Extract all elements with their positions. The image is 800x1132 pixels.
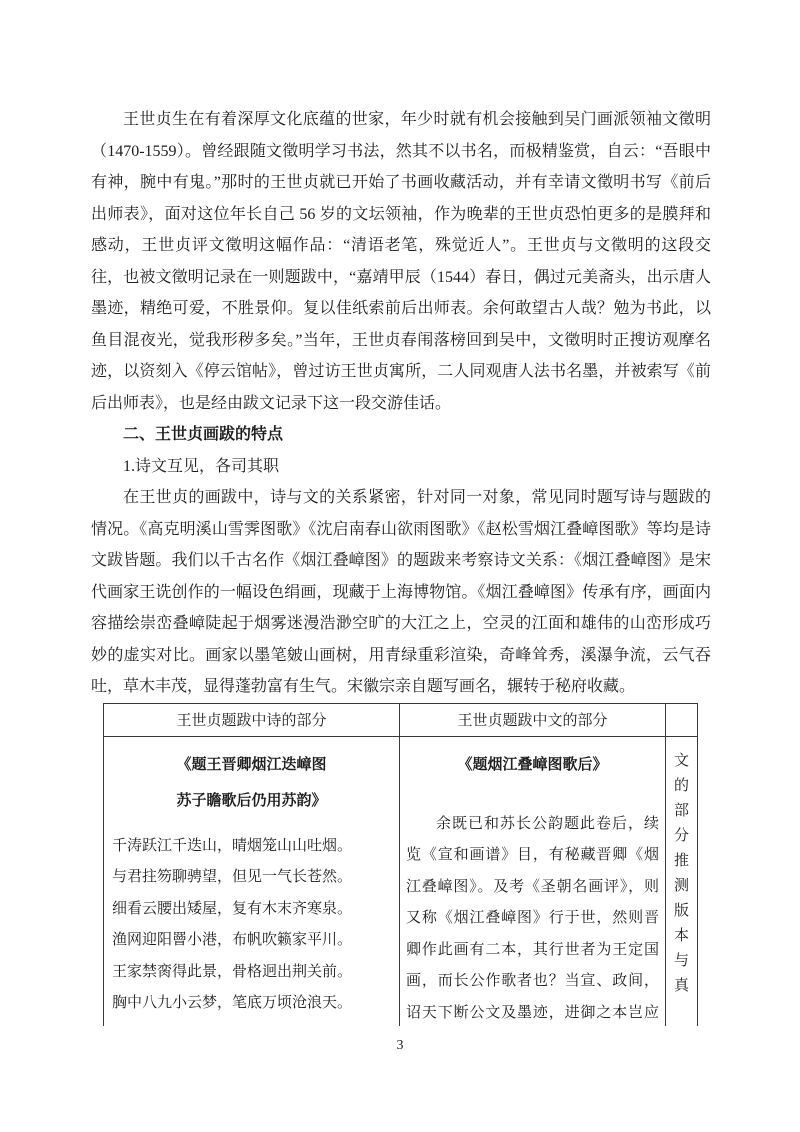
prose-cell: 《题烟江叠嶂图歌后》 余既已和苏长公韵题此卷后，续览《宣和画谱》目，有秘藏晋卿《…: [400, 736, 666, 1026]
poem-title: 《题王晋卿烟江迭嶂图 苏子瞻歌后仍用苏韵》: [112, 747, 391, 819]
note-char: 的: [666, 774, 697, 799]
note-char: 分: [666, 824, 697, 849]
poem-line: 王家禁脔得此景，骨格迥出荆关前。: [112, 957, 391, 989]
table-body-row: 《题王晋卿烟江迭嶂图 苏子瞻歌后仍用苏韵》 千涛跃江千迭山，晴烟笼山山吐烟。与君…: [104, 736, 698, 1026]
poem-lines: 千涛跃江千迭山，晴烟笼山山吐烟。与君拄笏聊骋望，但见一气长苍然。细看云腰出矮屋，…: [112, 831, 391, 1027]
top-margin: [91, 0, 711, 104]
paragraph-wang-shizhen-background: 王世贞生在有着深厚文化底蕴的世家，年少时就有机会接触到吴门画派领袖文徵明（147…: [91, 104, 711, 419]
poem-line: 与君拄笏聊骋望，但见一气长苍然。: [112, 862, 391, 894]
table-header-note-part: [666, 703, 698, 736]
poem-line: 眉山学士高兴发，秀句欲夺春江妍。: [112, 1020, 391, 1027]
poem-title-line2: 苏子瞻歌后仍用苏韵》: [176, 793, 326, 809]
note-char: 部: [666, 799, 697, 824]
table-header-row: 王世贞题跋中诗的部分 王世贞题跋中文的部分: [104, 703, 698, 736]
note-char: 本: [666, 924, 697, 949]
poem-line: 千涛跃江千迭山，晴烟笼山山吐烟。: [112, 831, 391, 863]
poem-line: 细看云腰出矮屋，复有木末齐寒泉。: [112, 894, 391, 926]
document-page: 王世贞生在有着深厚文化底蕴的世家，年少时就有机会接触到吴门画派领袖文徵明（147…: [0, 0, 800, 1132]
note-char: 文: [666, 749, 697, 774]
vertical-note-cell: 文的部分推测版本与真: [666, 736, 698, 1026]
poem-title-line1: 《题王晋卿烟江迭嶂图: [176, 757, 326, 773]
section-heading: 二、王世贞画跋的特点: [91, 419, 711, 451]
note-char: 测: [666, 874, 697, 899]
page-content: 王世贞生在有着深厚文化底蕴的世家，年少时就有机会接触到吴门画派领袖文徵明（147…: [91, 0, 711, 1026]
note-char: 推: [666, 849, 697, 874]
note-char: 版: [666, 899, 697, 924]
table-header-poem-part: 王世贞题跋中诗的部分: [104, 703, 400, 736]
poem-cell: 《题王晋卿烟江迭嶂图 苏子瞻歌后仍用苏韵》 千涛跃江千迭山，晴烟笼山山吐烟。与君…: [104, 736, 400, 1026]
note-char: 真: [666, 974, 697, 999]
note-char: 与: [666, 949, 697, 974]
prose-title: 《题烟江叠嶂图歌后》: [406, 747, 659, 783]
table-header-prose-part: 王世贞题跋中文的部分: [400, 703, 666, 736]
page-number: 3: [0, 1038, 800, 1054]
colophon-comparison-table: 王世贞题跋中诗的部分 王世贞题跋中文的部分 《题王晋卿烟江迭嶂图 苏子瞻歌后仍用…: [103, 703, 698, 1027]
subsection-heading: 1.诗文互见，各司其职: [91, 451, 711, 483]
paragraph-poem-prose-relation: 在王世贞的画跋中，诗与文的关系紧密，针对同一对象，常见同时题写诗与题跋的情况。《…: [91, 482, 711, 703]
prose-text: 余既已和苏长公韵题此卷后，续览《宣和画谱》目，有秘藏晋卿《烟江叠嶂图》。及考《圣…: [406, 809, 659, 1027]
poem-line: 渔网迎阳罾小港，布帆吹籁家平川。: [112, 925, 391, 957]
poem-line: 胸中八九小云梦，笔底万顷沧浪天。: [112, 988, 391, 1020]
